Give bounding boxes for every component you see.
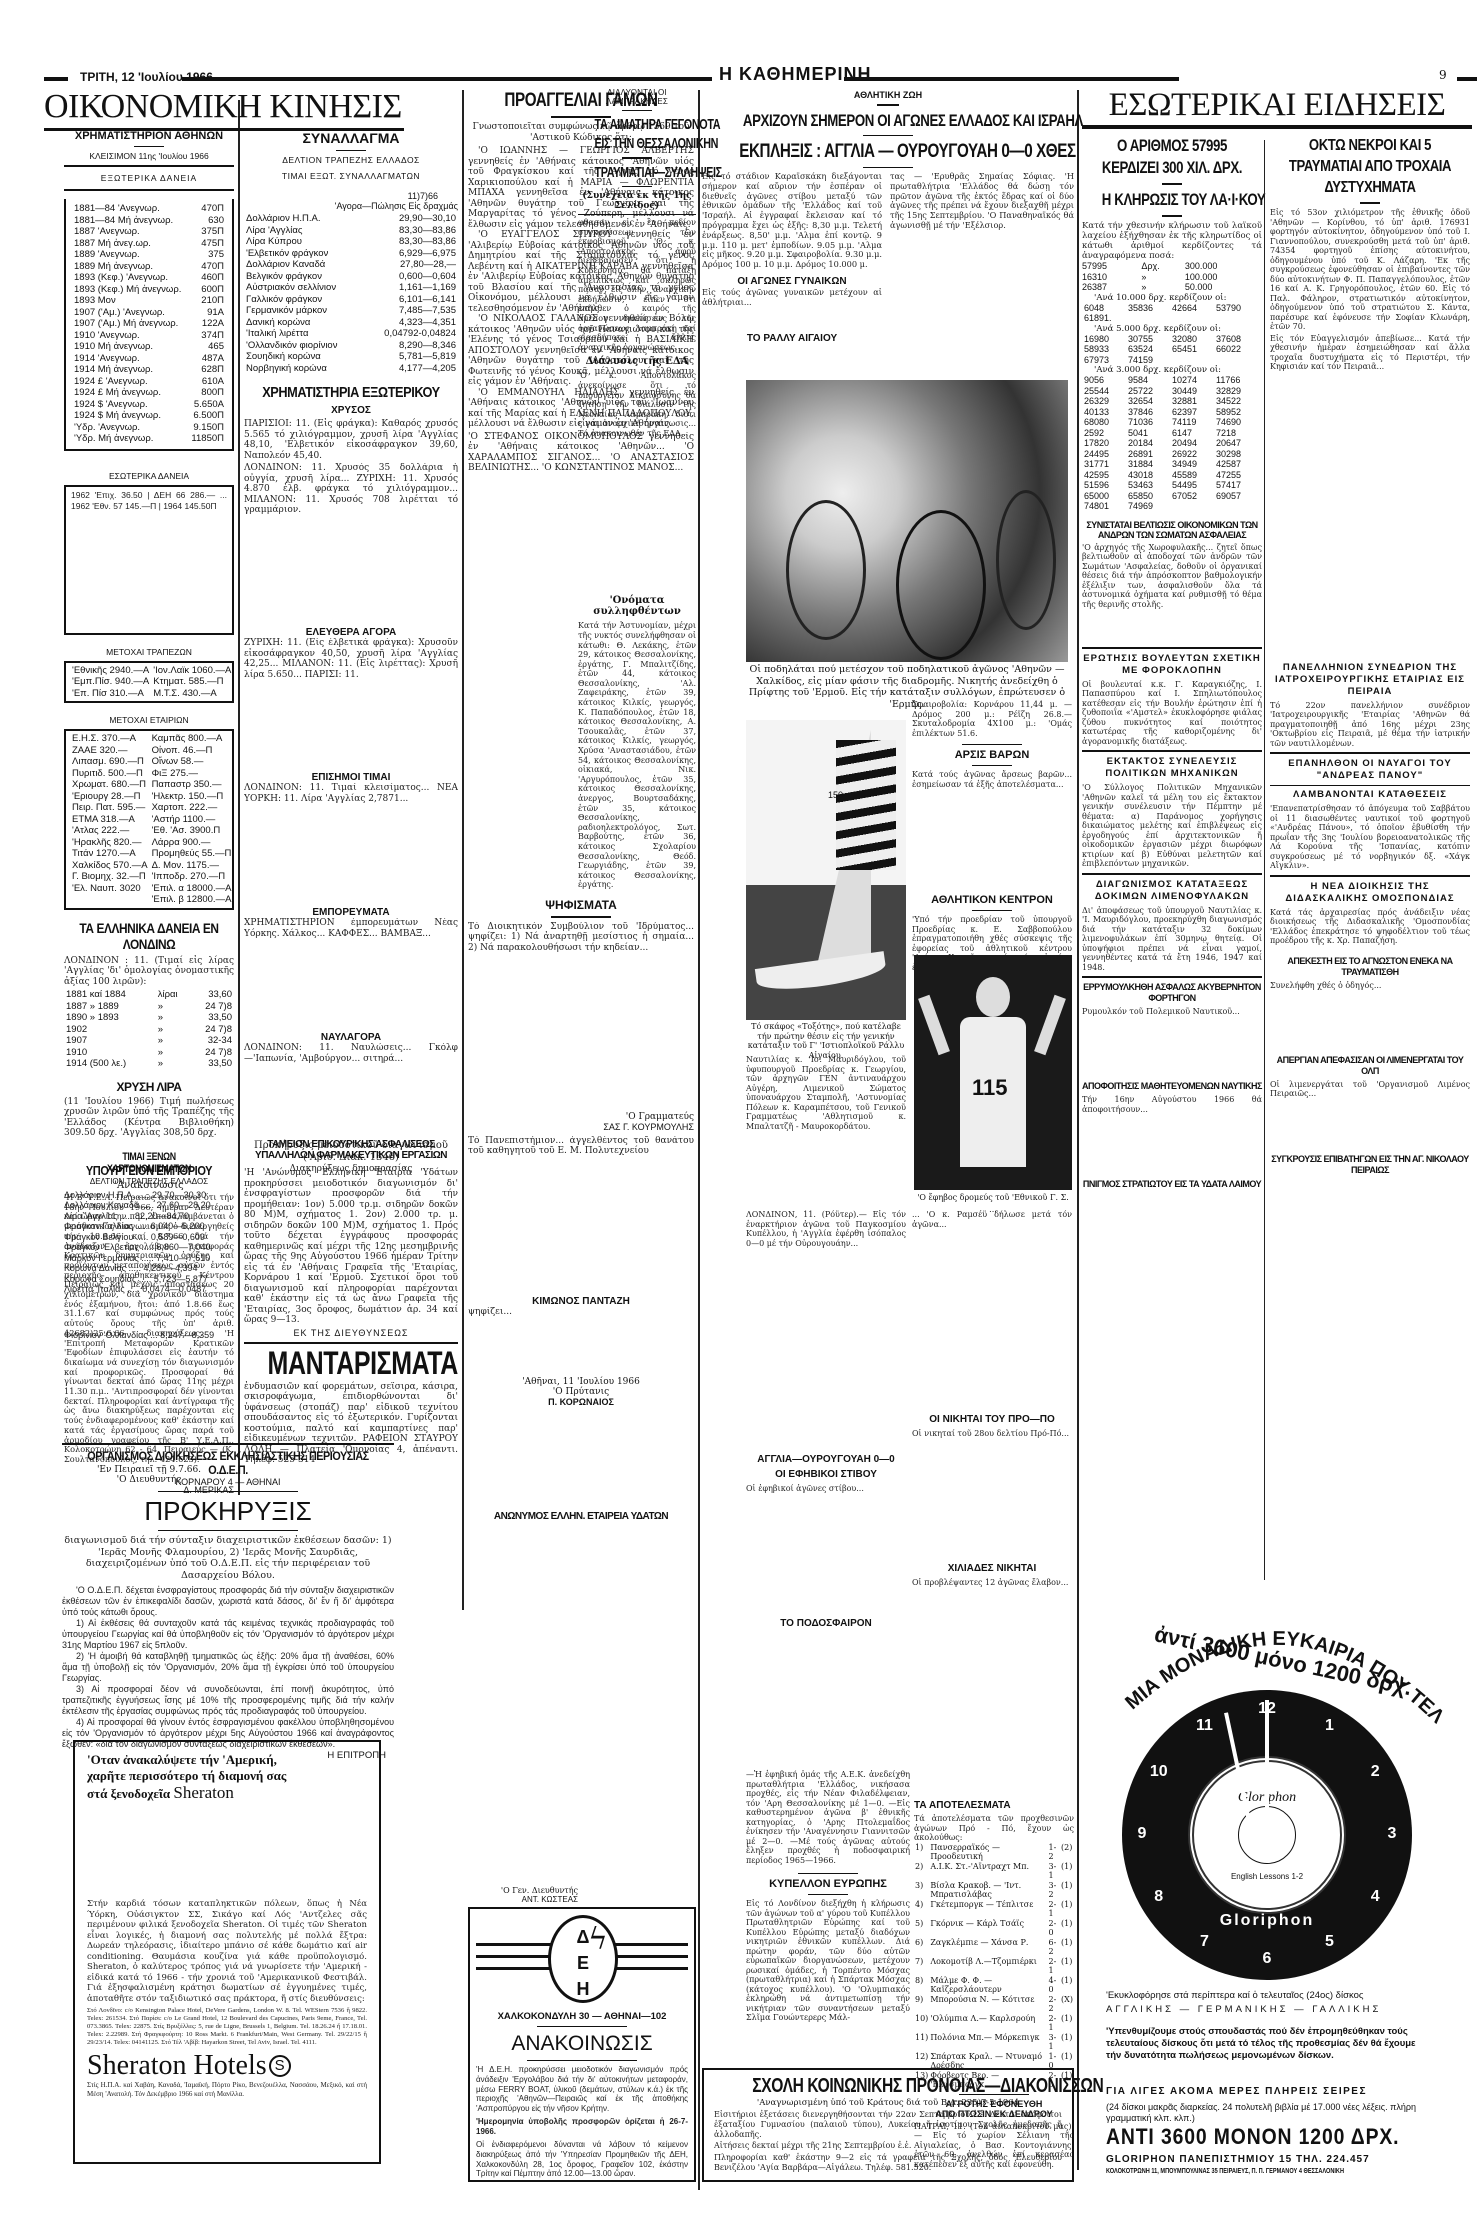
sports-right-column: Σφαιροβολία: Κορνάρου 11,44 μ. — Δρόμος …	[912, 700, 1072, 972]
navy-text: Τήν 16ην Αὐγούστου 1966 θά ἀποφοιτήσουν.…	[1082, 1095, 1262, 1175]
accidents-headline: ΟΚΤΩ ΝΕΚΡΟΙ ΚΑΙ 5 ΤΡΑΥΜΑΤΙΑΙ ΑΠΟ ΤΡΟΧΑΙΑ…	[1288, 135, 1452, 198]
odep-org: ΟΡΓΑΝΙΣΜΟΣ ΔΙΟΙΚΗΣΕΩΣ ΕΚΚΛΗΣΙΑΣΤΙΚΗΣ ΠΕΡ…	[79, 1449, 378, 1477]
london-loans-table: 1881 καί 1884λίραι33,601887 » 1889»24 7)…	[64, 989, 234, 1070]
accidents-article: ΟΚΤΩ ΝΕΚΡΟΙ ΚΑΙ 5 ΤΡΑΥΜΑΤΙΑΙ ΑΠΟ ΤΡΟΧΑΙΑ…	[1270, 135, 1470, 1176]
table-row: 1907 ('Αμ.) Μή ἀνεγνωρ.122Α	[72, 318, 226, 330]
paper-name: Η ΚΑΘΗΜΕΡΙΝΗ	[719, 64, 872, 85]
lottery-number: 32080	[1172, 334, 1216, 345]
table-row: Δολλάριον Η.Π.Α.29,90—30,10	[244, 213, 458, 225]
deda-text: 'Ο κ. 'Αποστολάκος ἀνεκοίνωσε ὅτι τό ὑπο…	[578, 371, 696, 591]
lottery-number: 34522	[1216, 396, 1260, 407]
medical-congress-title: ΠΑΝΕΛΛΗΝΙΟΝ ΣΥΝΕΔΡΙΟΝ ΤΗΣ ΙΑΤΡΟΧΕΙΡΟΥΡΓΙ…	[1270, 662, 1470, 698]
depositions-title: ΛΑΜΒΑΝΟΝΤΑΙ ΚΑΤΑΘΕΣΕΙΣ	[1270, 789, 1470, 801]
lottery-number: 42664	[1172, 303, 1216, 314]
dei-title: ΑΝΑΚΟΙΝΩΣΙΣ	[476, 2031, 688, 2056]
record-clock: 121234567891011 Gloriphon English Lesson…	[1122, 1690, 1412, 1980]
gm-title: 'Ο Γεν. Διευθυντής	[468, 1886, 578, 1895]
lottery-number: 51596	[1084, 480, 1128, 491]
paragraph: 1) Αἱ ἐκθέσεις θά συνταχοῦν κατά τάς κει…	[62, 1618, 394, 1651]
table-row: Δανική κορώνα4,323—4,351	[244, 317, 458, 329]
domestic-section-title: ΕΣΩΤΕΡΙΚΑΙ ΕΙΔΗΣΕΙΣ	[1082, 86, 1472, 124]
goods-title: ΕΜΠΟΡΕΥΜΑΤΑ	[244, 907, 458, 918]
lottery-number: 6147	[1172, 428, 1216, 439]
lottery-top-table: 57995Δρχ.300.00016310»100.00026387»50.00…	[1082, 261, 1262, 293]
table-row: 1914 Μή ἀνεγνωρ.628Π	[72, 364, 226, 376]
england-uruguay-title: ΑΓΓΛΙΑ—ΟΥΡΟΥΓΟΥΑΗ 0—0	[746, 1454, 906, 1465]
lottery-number: 42595	[1084, 470, 1128, 481]
fx-column: ΣΥΝΑΛΛΑΓΜΑ ΔΕΛΤΙΟΝ ΤΡΑΠΕΖΗΣ ΕΛΛΑΔΟΣ ΤΙΜΑ…	[244, 130, 458, 1175]
table-row: 10)'Ολύμπια Λ.— Καρλσρούη2-1(1)	[914, 2014, 1074, 2033]
bicycle-wheel-icon	[996, 490, 1056, 630]
deaconess-recognized: 'Αναγνωρισμένη ὑπό τοῦ Κράτους διά τοῦ Β…	[714, 2098, 1062, 2108]
gloriphon-languages: ΑΓΓΛΙΚΗΣ — ΓΕΡΜΑΝΙΚΗΣ — ΓΑΛΛΙΚΗΣ	[1106, 2004, 1446, 2015]
exchange-news-text: ΛΟΝΔΙΝΟΝ: 11. Χρυσός 35 δολλάρια ἡ οὐγγί…	[244, 463, 458, 623]
lottery-number: 2592	[1084, 428, 1128, 439]
gloriphon-released: 'Εκυκλοφόρησε στά περίπτερα καί ὁ τελευτ…	[1106, 1990, 1446, 2001]
ministry-subtitle: 'Ανακοίνωσις	[64, 1180, 234, 1191]
odep-title: ΠΡΟΚΗΡΥΞΙΣ	[62, 1496, 394, 1526]
lottery-number: 62397	[1172, 407, 1216, 418]
lottery-number: 65000	[1084, 491, 1128, 502]
lottery-number: 20494	[1172, 438, 1216, 449]
sheraton-headline-2: χαρῆτε περισσότερο τή διαμονή σας	[87, 1768, 367, 1784]
fx-date: 11)7)66	[244, 191, 458, 201]
table-row: Λίρα 'Αγγλίας83,30—83,86	[244, 225, 458, 237]
drowning-title: ΠΝΙΓΜΟΣ ΣΤΡΑΤΙΩΤΟΥ ΕΙΣ ΤΑ ΥΔΑΤΑ ΛΑΙΜΟΥ	[1082, 1179, 1262, 1190]
lottery-headline-2: ΚΕΡΔΙΖΕΙ 300 ΧΙΛ. ΔΡΧ.	[1102, 157, 1242, 179]
police-pay-title: ΣΥΝΙΣΤΑΤΑΙ ΒΕΛΤΙΩΣΙΣ ΟΙΚΟΝΟΜΙΚΩΝ ΤΩΝ ΑΝΔ…	[1082, 520, 1262, 540]
football-title: ΤΟ ΠΟΔΟΣΦΑΙΡΟΝ	[746, 1618, 906, 1629]
water-notice-title: Προκήρυξις μειοδοτικοῦ διαγωνισμοῦ ('Αρι…	[244, 1140, 458, 1164]
table-row: 4)Γκέτεμποργκ — Τέπλιτσε2-1(1)	[914, 1900, 1074, 1919]
table-row: 26387»50.000	[1082, 282, 1262, 293]
sports-lead-col1: Εἰς τό στάδιον Καραϊσκάκη διεξάγονται σή…	[702, 172, 882, 270]
table-row: 2)Α.Ι.Κ. Στ.-'Αϊντραχτ Μπ.3-1(1)	[914, 1862, 1074, 1881]
lottery-number: 53790	[1216, 303, 1260, 314]
lottery-number: 74119	[1172, 417, 1216, 428]
lottery-number: 58952	[1216, 407, 1260, 418]
table-row: ΕΤΜΑ 318.—Α'Αστήρ 1100.—	[70, 814, 233, 826]
table-row: Πειρ. Πατ. 595.—Χαρτοπ. 222.—	[70, 802, 233, 814]
sheraton-footer: Στίς Η.Π.Α. καί Χαβάη, Καναδά, 'Ιαμαϊκή,…	[87, 2081, 367, 2098]
lottery-number: 43018	[1128, 470, 1172, 481]
london-intro: ΛΟΝΔΙΝΟΝ : 11. (Τιμαί εἰς λίρας 'Αγγλίας…	[64, 956, 234, 988]
table-row: 1881—84 Μή ἀνεγνωρ.630	[72, 215, 226, 227]
table-row: 6)Ζαγκλέμπιε — Χάνσα Ρ.6-2(1)	[914, 1938, 1074, 1957]
clock-number: 10	[1149, 1763, 1169, 1781]
table-row: 1887 Μή ἀνεγ.ωρ.475Π	[72, 238, 226, 250]
shipwreck-text: 'Επανεπατρίσθησαν τό ἀπόγευμα τοῦ Σαββάτ…	[1270, 804, 1470, 871]
port-strike-title: ΑΠΕΡΓΙΑΝ ΑΠΕΦΑΣΙΣΑΝ ΟΙ ΛΙΜΕΝΕΡΓΑΤΑΙ ΤΟΥ …	[1270, 1055, 1470, 1077]
lottery-10000-numbers: 604835836426645379061891.	[1082, 303, 1262, 324]
foreign-loans-title: ΕΞΩΤΕΡΙΚΑ ΔΑΝΕΙΑ	[64, 173, 234, 183]
gloriphon-ad: ΜΙΑ ΜΟΝΑΔΙΚΗ ΕΥΚΑΙΡΙΑ ΠΟΥ ΤΕΛΕΙΩΝΕΙ ἀντί…	[1082, 1590, 1472, 2190]
sheraton-headline-1: 'Οταν ἀνακαλύψετε τήν 'Αμερική,	[87, 1752, 367, 1768]
sail-stripes	[836, 740, 896, 870]
victims-title: ΑΠΕΚΕΣΤΗ ΕΙΣ ΤΟ ΑΓΝΩΣΤΟΝ ΕΝΕΚΑ ΝΑ ΤΡΑΥΜΑ…	[1270, 956, 1470, 978]
rally-title: ΤΟ ΡΑΛΛΥ ΑΙΓΑΙΟΥ	[702, 333, 882, 344]
women-games-title: ΟΙ ΑΓΩΝΕΣ ΓΥΝΑΙΚΩΝ	[702, 276, 882, 287]
disc-brand: Gloriphon	[1122, 1912, 1412, 1930]
table-row: Αὐστριακόν σελλίνιον1,161—1,169	[244, 282, 458, 294]
table-row: 1890 » 1893»33,50	[64, 1012, 234, 1024]
sports-lower: ΛΟΝΔΙΝΟΝ, 11. (Ρόϋτερ).— Εἰς τόν ἐναρκτή…	[746, 1210, 1072, 1738]
economy-section: ΟΙΚΟΝΟΜΙΚΗ ΚΙΝΗΣΙΣ	[44, 88, 462, 131]
mp-question-title: ΕΡΩΤΗΣΙΣ ΒΟΥΛΕΥΤΩΝ ΣΧΕΤΙΚΗ ΜΕ ΦΟΡΟΚΛΟΠΗΝ	[1082, 653, 1262, 677]
athens-exchange-title: ΧΡΗΜΑΤΙΣΤΗΡΙΟΝ ΑΘΗΝΩΝ	[64, 130, 234, 142]
lottery-number: 67973	[1084, 355, 1128, 366]
paragraph: 2) 'Η ἀμοιβή θά καταβληθῇ τμηματικῶς ὡς …	[62, 1651, 394, 1684]
truck-title: ΕΡΡΥΜΟΥΛΚΗΘΗ ΑΣΦΑΛΩΣ ΑΚΥΒΕΡΝΗΤΟΝ ΦΟΡΤΗΓΟ…	[1082, 982, 1262, 1004]
table-row: 'Υδρ. Μή ἀνεγνωρ.11850Π	[72, 433, 226, 445]
table-row: 'Επιλ. β 12800.—Α	[70, 894, 233, 906]
gloriphon-few-days: ΓΙΑ ΛΙΓΕΣ ΑΚΟΜΑ ΜΕΡΕΣ ΠΛΗΡΕΙΣ ΣΕΙΡΕΣ	[1106, 2086, 1446, 2097]
lottery-number: 74969	[1128, 501, 1172, 512]
europe-cup-text: Εἰς τό Λονδίνον διεξήχθη ἡ κλήρωσις τῶν …	[746, 1899, 910, 2023]
clock-number: 8	[1149, 1888, 1169, 1906]
engineers-title: ΕΚΤΑΚΤΟΣ ΣΥΝΕΛΕΥΣΙΣ ΠΟΛΙΤΙΚΩΝ ΜΗΧΑΝΙΚΩΝ	[1082, 756, 1262, 780]
sports-headline: ΑΡΧΙΖΟΥΝ ΣΗΜΕΡΟΝ ΟΙ ΑΓΩΝΕΣ ΕΛΛΑΔΟΣ ΚΑΙ Ι…	[743, 110, 1033, 131]
table-row: 9)Μπορούσια Ν. — Κότιτσε2-2(Χ)	[914, 1995, 1074, 2014]
victims-text: Συνελήφθη χθές ὁ ὁδηγός...	[1270, 981, 1470, 1051]
lottery-5000-numbers: 1698030755320803760858933635246545166022…	[1082, 334, 1262, 366]
table-row: Τιτάν 1270.—ΑΠρομηθεύς 55.—Π	[70, 848, 233, 860]
odep-lead: διαγωνισμοῦ διά τήν σύνταξιν διαχειριστι…	[62, 1535, 394, 1581]
thessaloniki-news: ΔΙΑΛΥΟΝΤΑΙ ΟΙ ΛΑΜΠΡΑΚΗΔΕΣ ΤΑ ΑΙΜΑΤΗΡΑ ΓΕ…	[578, 88, 696, 1941]
results-table: 1)Πανσερραϊκός — Προοδευτική1-2(2)2)Α.Ι.…	[914, 1843, 1074, 2090]
europe-cup-title: ΚΥΠΕΛΛΟΝ ΕΥΡΩΠΗΣ	[746, 1878, 910, 1890]
deaconess-line-3: Πληροφορίαι καθ' ἑκάστην 9—2 εἰς τά γραφ…	[714, 2153, 1062, 2173]
domestic-section: ΕΣΩΤΕΡΙΚΑΙ ΕΙΔΗΣΕΙΣ	[1082, 86, 1472, 129]
results-title: ΤΑ ΑΠΟΤΕΛΕΣΜΑΤΑ	[914, 1800, 1074, 1811]
engineers-text: 'Ο Σύλλογος Πολιτικῶν Μηχανικῶν 'Αθηνῶν …	[1082, 783, 1262, 869]
sheraton-addresses: Στό Λονδῖνο: c/o Kensington Palace Hotel…	[87, 2007, 367, 2047]
england-uruguay-col2: ... 'Ο κ. Ραμσέϋ δήλωσε μετά τόν ἀγῶνα..…	[912, 1210, 1072, 1410]
table-row: 1914 (500 λε.)»33,50	[64, 1058, 234, 1070]
port-strike-text: Οἱ λιμενεργάται τοῦ 'Οργανισμοῦ Λιμένος …	[1270, 1080, 1470, 1150]
coastguard-title: ΔΙΑΓΩΝΙΣΜΟΣ ΚΑΤΑΤΑΞΕΩΣ ΔΟΚΙΜΩΝ ΛΙΜΕΝΟΦΥΛ…	[1082, 879, 1262, 903]
police-pay-text: 'Ο ἀρχηγός τῆς Χωροφυλακῆς... ζητεῖ ὅπως…	[1082, 543, 1262, 643]
table-row: 1910 'Ανεγνωρ.374Π	[72, 330, 226, 342]
table-row: 57995Δρχ.300.000	[1082, 261, 1262, 272]
weightlifting-text: Κατά τούς ἀγῶνας ἄρσεως βαρῶν... ἐσημείω…	[912, 770, 1072, 890]
table-row: 1887 'Ανεγνωρ.375Π	[72, 226, 226, 238]
lottery-number: 34949	[1172, 459, 1216, 470]
bank-shares-table: 'Εθνικῆς 2940.—Α'Ιον.Λαϊκ 1060.—Α'Εμπ.Πί…	[70, 665, 233, 700]
deaconess-ad: ΣΧΟΛΗ ΚΟΙΝΩΝΙΚΗΣ ΠΡΟΝΟΙΑΣ—ΔΙΑΚΟΝΙΣΣΩΝ 'Α…	[702, 2068, 1074, 2182]
teachers-title: Η ΝΕΑ ΔΙΟΙΚΗΣΙΣ ΤΗΣ ΔΙΔΑΣΚΑΛΙΚΗΣ ΟΜΟΣΠΟΝ…	[1270, 881, 1470, 905]
table-row: 1910»24 7)8	[64, 1047, 234, 1059]
cycling-photo	[746, 380, 1068, 662]
table-row: 1902»24 7)8	[64, 1024, 234, 1036]
table-row: 1924 $ 'Ανεγνωρ.5.650Α	[72, 399, 226, 411]
lottery-10000-label: 'Ανά 10.000 δρχ. κερδίζουν οἱ:	[1082, 293, 1262, 303]
bicycle-wheel-icon	[896, 510, 986, 660]
freight-text: ΛΟΝΔΙΝΟΝ: 11. Ναυλώσεις... Γκόλφ—'Ιαπωνί…	[244, 1043, 458, 1133]
thessaloniki-headline-2: ΕΙΣ ΤΗΝ ΘΕΣΣΑΛΟΝΙΚΗΝ	[595, 134, 680, 153]
table-row: 'Υδρ. 'Ανεγνωρ.9.150Π	[72, 422, 226, 434]
dei-body: 'Η Δ.Ε.Η. προκηρύσσει μειοδοτικόν διαγων…	[476, 2065, 688, 2114]
lottery-number: 9584	[1128, 375, 1172, 386]
lottery-number: 53463	[1128, 480, 1172, 491]
dei-ad: ΔΕΗ ϟ ΧΑΛΚΟΚΟΝΔΥΛΗ 30 — ΑΘΗΝΑΙ—102 ΑΝΑΚΟ…	[468, 1907, 696, 2182]
water-notice-sign: ΕΚ ΤΗΣ ΔΙΕΥΘΥΝΣΕΩΣ	[244, 1328, 458, 1338]
lottery-number: 66022	[1216, 344, 1260, 355]
clock-number: 1	[1320, 1717, 1340, 1735]
table-row: Δολλάριον Καναδά27,80—28,—	[244, 259, 458, 271]
table-row: 8)Μάλμε Φ. Φ. — Καϊζερσλάουτερν4-0(1)	[914, 1976, 1074, 1995]
table-row: 'Εριουργ 28.—Π'Ηλεκτρ. 150.—Π	[70, 791, 233, 803]
sheraton-ad: 'Οταν ἀνακαλύψετε τήν 'Αμερική, χαρῆτε π…	[73, 1740, 381, 2164]
clock-hand-minute	[1265, 1700, 1269, 1835]
lightning-icon: ϟ	[588, 1925, 608, 1955]
lottery-number: 58933	[1084, 344, 1128, 355]
accidents-more: Εἰς τόν Εὐαγγελισμόν ἀπεβίωσε... Κατά τή…	[1270, 334, 1470, 654]
lottery-number: 31884	[1128, 459, 1172, 470]
table-row: 'Εμπ.Πίσ. 940.—ΑΚτηματ. 585.—Π	[70, 676, 233, 688]
thousands-winners-title: ΧΙΛΙΑΔΕΣ ΝΙΚΗΤΑΙ	[912, 1563, 1072, 1574]
official-rates-title: ΕΠΙΣΗΜΟΙ ΤΙΜΑΙ	[244, 772, 458, 783]
sailing-photo: 150	[746, 720, 906, 1020]
lottery-number: 20184	[1128, 438, 1172, 449]
sports-section: ΑΘΛΗΤΙΚΗ ΖΩΗ ΑΡΧΙΖΟΥΝ ΣΗΜΕΡΟΝ ΟΙ ΑΓΩΝΕΣ …	[702, 90, 1074, 344]
lottery-number: 10274	[1172, 375, 1216, 386]
gm-signature: 'Ο Γεν. Διευθυντής ΑΝΤ. ΚΩΣΤΕΑΣ	[468, 1886, 578, 1904]
table-row: 1910 Μή ἀνεγνωρ.465	[72, 341, 226, 353]
table-row: 1924 $ Μή ἀνεγνωρ.6.500Π	[72, 410, 226, 422]
deaconess-line-1: Εἰσιτήριοι ἐξετάσεις διενεργηθήσονται τή…	[714, 2110, 1062, 2139]
lottery-number: 9056	[1084, 375, 1128, 386]
lottery-number: 74159	[1128, 355, 1172, 366]
lottery-number: 45589	[1172, 470, 1216, 481]
lottery-number: 32829	[1216, 386, 1260, 397]
lottery-number: 26891	[1128, 449, 1172, 460]
closing-date: ΚΛΕΙΣΙΜΟΝ 11ης 'Ιουλίου 1966	[64, 151, 234, 161]
table-row: 1881—84 'Ανεγνωρ.470Π	[72, 203, 226, 215]
arrested-body: Κατά τήν Ἀστυνομίαν, μέχρι τῆς νυκτός συ…	[578, 621, 696, 1941]
dei-logo: ΔΕΗ ϟ	[476, 1915, 688, 2005]
lottery-number: 26922	[1172, 449, 1216, 460]
official-rates-text: ΛΟΝΔΙΝΟΝ: 11. Τιμαί κλεισίματος... ΝΕΑ Υ…	[244, 783, 458, 903]
coastguard-text: Δι' ἀποφάσεως τοῦ ὑπουργοῦ Ναυτιλίας κ. …	[1082, 906, 1262, 973]
ministry-title: ΥΠΟΥΡΓΕΙΟΝ ΕΜΠΟΡΙΟΥ	[77, 1163, 222, 1178]
table-row: 1914 'Ανεγνωρ.487Α	[72, 353, 226, 365]
lottery-number: 7218	[1216, 428, 1260, 439]
lottery-number: 30449	[1172, 386, 1216, 397]
table-row: 1887 » 1889»24 7)8	[64, 1001, 234, 1013]
sheraton-body: Στήν καρδιά τόσων καταπληκτικῶν πόλεων, …	[87, 1899, 367, 2004]
lottery-number: 65451	[1172, 344, 1216, 355]
lottery-number: 37608	[1216, 334, 1260, 345]
table-row: Χαλκίδος 570.—ΑΔ. Μον. 1175.—	[70, 860, 233, 872]
clock-number: 3	[1382, 1825, 1402, 1843]
table-row: 'Ηρακλῆς 820.—Λάρρα 900.—	[70, 837, 233, 849]
lottery-number: 63524	[1128, 344, 1172, 355]
odep-address: ΚΟΡΝΑΡΟΥ 4 — ΑΘΗΝΑΙ	[62, 1477, 394, 1487]
weightlifting-title: ΑΡΣΙΣ ΒΑΡΩΝ	[912, 749, 1072, 761]
thessaloniki-kicker: ΔΙΑΛΥΟΝΤΑΙ ΟΙ ΛΑΜΠΡΑΚΗΔΕΣ	[578, 88, 696, 106]
lottery-number: 68080	[1084, 417, 1128, 428]
lottery-number: 32654	[1128, 396, 1172, 407]
sports-lead-col2: τας — 'Ερυθρᾶς Σημαίας Σόφιας. 'Η πρωταθ…	[890, 172, 1074, 231]
table-row: 'Ιταλική λιρέττα0,04792-0,04824	[244, 328, 458, 340]
lottery-headline-3: Η ΚΛΗΡΩΣΙΣ ΤΟΥ ΛΑ·Ι·ΚΟΥ	[1102, 189, 1242, 211]
medical-congress-text: Τό 22ον πανελλήνιον συνέδριον 'Ιατροχειρ…	[1270, 701, 1470, 749]
accidents-text: Εἰς τό 53ον χιλιόμετρον τῆς ἐθνικῆς ὁδοῦ…	[1270, 208, 1470, 332]
lottery-number: 32881	[1172, 396, 1216, 407]
table-row: 3)Βίσλα Κρακοβ. — 'Ιντ. Μπρατισλάβας3-2(…	[914, 1881, 1074, 1900]
bank-shares-title: ΜΕΤΟΧΑΙ ΤΡΑΠΕΖΩΝ	[64, 647, 234, 657]
deaconess-line-2: Αἰτήσεις δεκταί μέχρι τῆς 21ης Σεπτεμβρί…	[714, 2141, 1062, 2151]
lottery-number: 17820	[1084, 438, 1128, 449]
table-row: 'Ολλανδικόν φιορίνιον8,290—8,346	[244, 340, 458, 352]
table-row: 1924 £ Μή ἀνεγνωρ.800Π	[72, 387, 226, 399]
clock-number: 2	[1365, 1763, 1385, 1781]
darning-title: ΜΑΝΤΑΡΙΣΜΑΤΑ	[268, 1344, 435, 1382]
athletic-center-title: ΑΘΛΗΤΙΚΟΝ ΚΕΝΤΡΟΝ	[912, 894, 1072, 906]
free-market-title: ΕΛΕΥΘΕΡΑ ΑΓΟΡΑ	[244, 627, 458, 638]
table-row: Πυριτιδ. 500.—ΠΦιΞ 275.—	[70, 768, 233, 780]
lottery-number: 26329	[1084, 396, 1128, 407]
lottery-3000-label: 'Ανά 3.000 δρχ. κερδίζουν οἱ:	[1082, 365, 1262, 375]
lottery-number: 25722	[1128, 386, 1172, 397]
table-row: ΖΑΑΕ 320.—Οἰνοπ. 46.—Π	[70, 745, 233, 757]
train-collision-title: ΣΥΓΚΡΟΥΣΙΣ ΕΠΙΒΑΤΗΓΩΝ ΕΙΣ ΤΗΝ ΑΓ. ΝΙΚΟΛΑ…	[1270, 1154, 1470, 1176]
lottery-number: 11766	[1216, 375, 1260, 386]
mp-question-text: Οἱ βουλευταί κ.κ. Γ. Καραγκιόζης, Ι. Παπ…	[1082, 680, 1262, 747]
table-row: 7)Λοκομοτίβ Λ.—Τζομπιέρκι2-1(1)	[914, 1957, 1074, 1976]
football-text: —Ἡ ἐφηβική ὁμάς τῆς Α.Ε.Κ. ἀνεδείχθη πρω…	[746, 1770, 910, 1865]
table-row: 'Εθνικῆς 2940.—Α'Ιον.Λαϊκ 1060.—Α	[70, 665, 233, 677]
runner-photo: 115	[914, 955, 1072, 1190]
lottery-headline-1: Ο ΑΡΙΘΜΟΣ 57995	[1102, 135, 1242, 157]
table-row: 'Επ. Πίσ 310.—ΑΜ.Τ.Σ. 430.—Α	[70, 688, 233, 700]
runner-head	[976, 977, 1010, 1017]
lottery-number: 65850	[1128, 491, 1172, 502]
england-uruguay-text: ΛΟΝΔΙΝΟΝ, 11. (Ρόϋτερ).— Εἰς τόν ἐναρκτή…	[746, 1210, 906, 1450]
lottery-number: 40133	[1084, 407, 1128, 418]
gold-sovereign-title: ΧΡΥΣΗ ΛΙΡΑ	[64, 1080, 234, 1094]
gloriphon-contents: (24 δίσκοι μακρᾶς διαρκείας. 24 πολυτελῆ…	[1106, 2102, 1426, 2124]
propo-winners-text: Οἱ νικηταί τοῦ 28ου δελτίου Πρό-Πό...	[912, 1429, 1072, 1559]
lottery-number: 30298	[1216, 449, 1260, 460]
table-row: Γερμανικόν μάρκον7,485—7,535	[244, 305, 458, 317]
company-shares-table: Ε.Η.Σ. 370.—ΑΚαμπᾶς 800.—ΑΖΑΑΕ 320.—Οἰνο…	[70, 733, 233, 906]
gold-text: ΠΑΡΙΣΙΟΙ: 11. (Εἰς φράγκα): Καθαρός χρυσ…	[244, 419, 458, 461]
table-row: 1881 καί 1884λίραι33,60	[64, 989, 234, 1001]
table-row: 1889 Μή ἀνεγνωρ.470Π	[72, 261, 226, 273]
lottery-number: 54495	[1172, 480, 1216, 491]
clock-number: 5	[1320, 1933, 1340, 1951]
lottery-number: 67052	[1172, 491, 1216, 502]
deda-title: Διάλυσις τῆς ΕΔΑ	[578, 356, 696, 367]
goods-text: ΧΡΗΜΑΤΙΣΤΗΡΙΟΝ ἐμπορευμάτων Νέας Υόρκης.…	[244, 918, 458, 1028]
fx-subtitle: ΤΙΜΑΙ ΕΞΩΤ. ΣΥΝΑΛΛΑΓΜΑΤΩΝ	[244, 171, 458, 181]
masthead: ΤΡΙΤΗ, 12 'Ιουλίου 1966 Η ΚΑΘΗΜΕΡΙΝΗ 9	[44, 68, 1464, 86]
thessaloniki-headline-3: ΤΡΑΥΜΑΤΙΑΙ—ΣΥΛΛΗΨΕΙΣ	[595, 163, 680, 182]
juniors-text: Οἱ ἐφηβικοί ἀγῶνες στίβου...	[746, 1484, 906, 1614]
thessaloniki-body: φθασαν εἰς ἓν πεδίον συγκρούσεων τῶν ἐκφ…	[578, 218, 696, 352]
dei-address: ΧΑΛΚΟΚΟΝΔΥΛΗ 30 — ΑΘΗΝΑΙ—102	[476, 2011, 688, 2022]
table-row: Νορβηγική κορώνα4,177—4,205	[244, 363, 458, 375]
free-market-text: ΖΥΡΙΧΗ: 11. (Εἰς ἐλβετικά φράγκα): Χρυσο…	[244, 638, 458, 768]
paragraph: 'Ο Ο.Δ.Ε.Π. δέχεται ἐνσφραγίστους προσφο…	[62, 1585, 394, 1618]
table-row: 'Ελ. Ναυπ. 3020'Επιλ. α 18000.—Α	[70, 883, 233, 895]
table-row: Σουηδική κορώνα5,781—5,819	[244, 351, 458, 363]
lottery-number: 24495	[1084, 449, 1128, 460]
lottery-number: 20647	[1216, 438, 1260, 449]
runner-arm-right	[1034, 995, 1066, 1055]
odep-proclamation: ΟΡΓΑΝΙΣΜΟΣ ΔΙΟΙΚΗΣΕΩΣ ΕΚΚΛΗΣΙΑΣΤΙΚΗΣ ΠΕΡ…	[62, 1443, 394, 1761]
lottery-number: 37846	[1128, 407, 1172, 418]
bicycle-wheel-icon	[786, 500, 866, 640]
sheraton-logo-icon: S	[269, 2055, 291, 2077]
lottery-number: 35836	[1128, 303, 1172, 314]
sail-number: 150	[828, 790, 843, 800]
thessaloniki-headline-1: ΤΑ ΑΙΜΑΤΗΡΑ ΓΕΓΟΝΟΤΑ	[595, 115, 680, 134]
sports-kicker: ΑΘΛΗΤΙΚΗ ΖΩΗ	[702, 90, 1074, 100]
sailing-text: Ναυτιλίας κ. 'Ισ. Μαυριδόγλου, τοῦ ὑφυπο…	[746, 1055, 906, 1131]
clock-number: 7	[1195, 1933, 1215, 1951]
table-row: 1907 ('Αμ.) 'Ανεγνωρ.91Α	[72, 307, 226, 319]
lottery-number: 71036	[1128, 417, 1172, 428]
runner-arm-left	[918, 995, 950, 1055]
shipwreck-title: ΕΠΑΝΗΛΘΟΝ ΟΙ ΝΑΥΑΓΟΙ ΤΟΥ "ΑΝΔΡΕΑΣ ΠΑΝΟΥ"	[1270, 758, 1470, 782]
clock-number: 11	[1195, 1717, 1215, 1735]
sheraton-brand: Sheraton	[173, 1783, 233, 1802]
gloriphon-offer: ΑΝΤΙ 3600 ΜΟΝΟΝ 1200 ΔΡΧ.	[1106, 2124, 1405, 2150]
water-notice: Προκήρυξις μειοδοτικοῦ διαγωνισμοῦ ('Αρι…	[244, 1140, 458, 1466]
domestic-loans-title: ΕΣΩΤΕΡΙΚΑ ΔΑΝΕΙΑ	[64, 471, 234, 481]
freight-title: ΝΑΥΛΑΓΟΡΑ	[244, 1032, 458, 1043]
sheraton-headline-3: στά ξενοδοχεῖα	[87, 1786, 170, 1801]
clock-number: 4	[1365, 1888, 1385, 1906]
company-shares-title: ΜΕΤΟΧΑΙ ΕΤΑΙΡΙΩΝ	[64, 715, 234, 725]
table-row: 1924 £ 'Ανεγνωρ.610Α	[72, 376, 226, 388]
fx-rates-table: Δολλάριον Η.Π.Α.29,90—30,10Λίρα 'Αγγλίας…	[244, 213, 458, 374]
gloriphon-address-2: ΚΟΛΟΚΟΤΡΩΝΗ 11, ΜΠΟΥΜΠΟΥΛΙΝΑΣ 35 ΠΕΙΡΑΙΕ…	[1106, 2168, 1378, 2175]
shotput-results: Σφαιροβολία: Κορνάρου 11,44 μ. — Δρόμος …	[912, 700, 1072, 738]
fx-title: ΣΥΝΑΛΛΑΓΜΑ	[244, 130, 458, 146]
arrested-title: 'Ονόματα συλληφθέντων	[578, 595, 696, 617]
paragraph: 3) Αἱ προσφοραί δέον νά συνοδεύωνται, ἐπ…	[62, 1684, 394, 1717]
dei-info: Οἱ ἐνδιαφερόμενοι δύνανται νά λάβουν τό …	[476, 2140, 688, 2179]
table-row: 1893 (Κεφ.) 'Ανεγνωρ.460Π	[72, 272, 226, 284]
sheraton-logo-text: Sheraton Hotels	[87, 2051, 267, 2081]
domestic-loans-box: 1962 'Επιχ. 36.50 | ΔΕΗ 66 286.— ... 196…	[64, 485, 234, 635]
lottery-number: 57417	[1216, 480, 1260, 491]
table-row: 1889 'Ανεγνωρ.375	[72, 249, 226, 261]
fx-header: 'Αγορα—Πώλησις Εἰς δραχμάς	[244, 201, 458, 211]
truck-text: Ρυμουλκόν τοῦ Πολεμικοῦ Ναυτικοῦ...	[1082, 1007, 1262, 1077]
lottery-number: 30755	[1128, 334, 1172, 345]
teachers-text: Κατά τάς ἀρχαιρεσίας πρός ἀνάδειξιν νέας…	[1270, 908, 1470, 946]
table-row: Βελγικόν φράγκον0,600—0,604	[244, 271, 458, 283]
clock-number: 6	[1257, 1950, 1277, 1968]
juniors-title: ΟΙ ΕΦΗΒΙΚΟΙ ΣΤΙΒΟΥ	[746, 1469, 906, 1480]
lottery-number: 6048	[1084, 303, 1128, 314]
table-row: Λίρα Κύπρου83,30—83,86	[244, 236, 458, 248]
table-row: 11)Πολόνια Μπ.— Μόρκεπιγκ3-1(1)	[914, 2033, 1074, 2052]
lottery-number: 69057	[1216, 491, 1260, 502]
table-row: 1893 (Κεφ.) Μή ἀνεγνωρ.600Π	[72, 284, 226, 296]
lottery-number: 16980	[1084, 334, 1128, 345]
lottery-number: 5041	[1128, 428, 1172, 439]
thessaloniki-continued: (Συνέχεια ἐκ τῆς 1ης Σελίδος)	[578, 191, 696, 211]
women-games-text: Εἰς τούς ἀγῶνας γυναικῶν μετέχουν αἱ ἀθλ…	[702, 287, 882, 327]
table-row: 'Ελβετικόν φράγκον6,929—6,975	[244, 248, 458, 260]
lottery-number: 74801	[1084, 501, 1128, 512]
